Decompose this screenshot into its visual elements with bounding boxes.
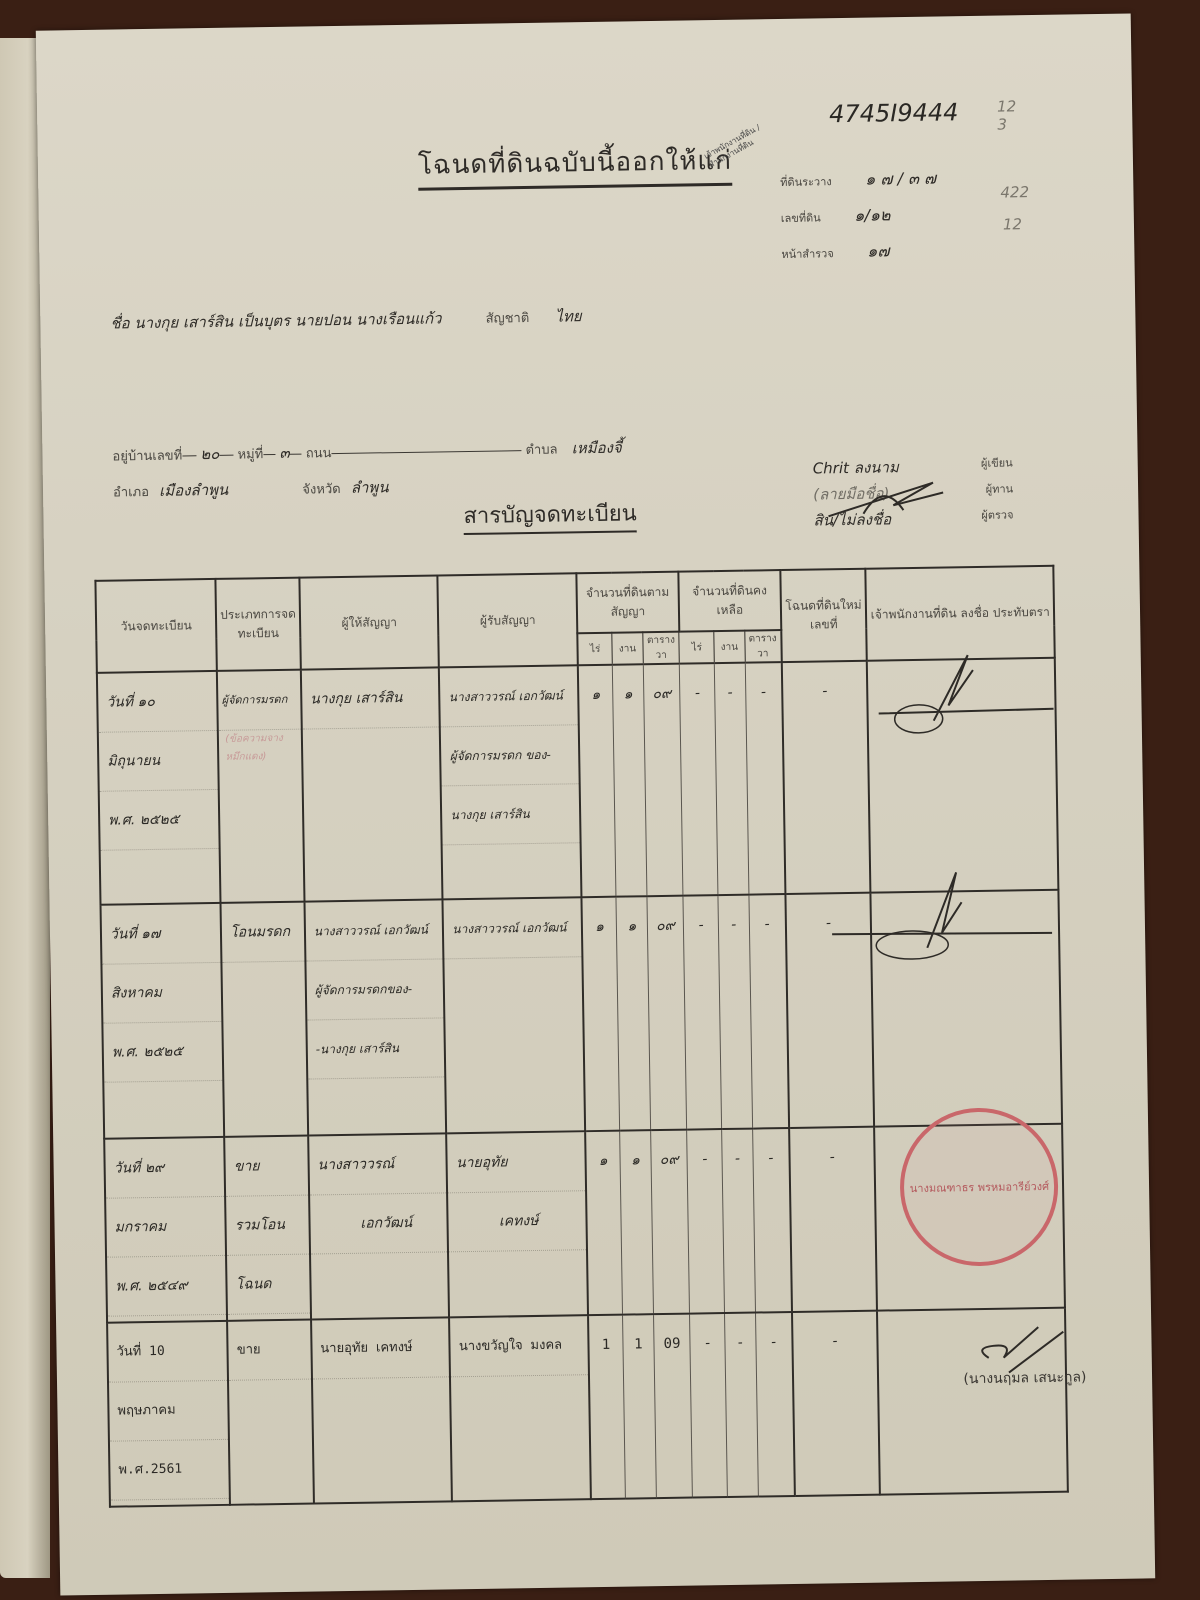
header-rai: ไร่ (577, 633, 612, 666)
header-wa: ตารางวา (744, 630, 781, 663)
row-type: ขาย รวมโอน โฉนด (225, 1137, 309, 1315)
field-survey-page: หน้าสำรวจ ๑๗ (781, 239, 889, 266)
header-date: วันจดทะเบียน (95, 579, 217, 673)
margin-note: 12 (1003, 215, 1022, 233)
contract-rai: ๑ (582, 898, 616, 957)
remaining-wa: - (749, 895, 785, 954)
new-deed-number: - (793, 1312, 877, 1371)
house-number: ๒๐ (200, 445, 219, 463)
contract-ngan: 1 (623, 1315, 653, 1373)
header-ngan: งาน (714, 631, 745, 663)
row-date: วันที่ ๑๐ มิถุนายน พ.ศ. ๒๕๒๕ (98, 672, 219, 851)
remaining-rai: - (688, 1130, 723, 1189)
officer-name: (นางนฤมล เสนะกูล) (963, 1366, 1086, 1390)
contract-ngan: ๑ (617, 897, 647, 955)
remaining-rai: - (690, 1314, 725, 1373)
header-area-remaining: จำนวนที่ดินคงเหลือ (678, 570, 781, 632)
field-map-sheet: ที่ดินระวาง ๑ ๗ / ๓ ๗ (780, 167, 936, 194)
header-ngan: งาน (612, 632, 643, 664)
row-grantor: นางกุย เสาร์สิน (302, 668, 440, 729)
new-deed-number: - (790, 1128, 874, 1187)
page-title: โฉนดที่ดินฉบับนี้ออกให้แก่ (418, 140, 733, 191)
table-row: วันที่ 10 พฤษภาคม พ.ศ.2561 ขาย นายอุทัย … (107, 1308, 1068, 1507)
contract-rai: 1 (589, 1316, 623, 1375)
header-grantee: ผู้รับสัญญา (438, 573, 578, 667)
remaining-wa: - (745, 663, 781, 722)
row-grantee: นางขวัญใจ มงคล (450, 1316, 588, 1377)
nationality: ไทย (555, 307, 582, 325)
faded-red-note: (ข้อความจางหมึกแดง) (219, 730, 301, 767)
contract-rai: ๑ (579, 666, 613, 725)
address-line-2: อำเภอ เมืองลำพูน จังหวัด ลำพูน (113, 475, 389, 503)
header-grantor: ผู้ให้สัญญา (299, 575, 439, 669)
signature-scribble-icon (823, 474, 954, 526)
contract-ngan: ๑ (620, 1131, 650, 1189)
signature-icon (831, 861, 1063, 975)
remaining-ngan: - (719, 896, 749, 954)
margin-note: 422 (1000, 183, 1029, 201)
row-type: ผู้จัดการมรดก (218, 671, 300, 731)
row-type: ขาย (228, 1321, 310, 1381)
contract-wa: 09 (654, 1315, 691, 1374)
remaining-ngan: - (715, 664, 745, 722)
remaining-wa: - (753, 1129, 789, 1188)
officer-signature (872, 891, 1058, 894)
tambon: เหมืองจี้ (571, 439, 621, 458)
registration-table: วันจดทะเบียน ประเภทการจดทะเบียน ผู้ให้สั… (94, 565, 1068, 1508)
contract-wa: ๐๙ (651, 1131, 688, 1190)
owner-name: ชื่อ นางกุย เสาร์สิน เป็นบุตร นายปอน นาง… (110, 309, 441, 332)
contract-wa: ๐๙ (644, 665, 681, 724)
row-grantee: นางสาววรณ์ เอกวัฒน์ (444, 898, 582, 959)
new-deed-number: - (783, 662, 867, 721)
header-wa: ตารางวา (643, 632, 680, 665)
address-line-1: อยู่บ้านเลขที่ ๒๐ หมู่ที่ ๓ ถนน ตำบล เหม… (112, 436, 622, 468)
row-grantee: นางสาววรณ์ เอกวัฒน์ ผู้จัดการมรดก ของ- น… (440, 666, 579, 845)
remaining-rai: - (684, 896, 719, 955)
moo-number: ๓ (279, 444, 290, 462)
row-grantee: นายอุทัย เคทงษ์ (448, 1132, 586, 1252)
margin-note: 3 (997, 115, 1007, 133)
remaining-wa: - (756, 1313, 792, 1372)
row-date: วันที่ ๒๙ มกราคม พ.ศ. ๒๕๔๙ (105, 1138, 226, 1317)
land-deed-page: โฉนดที่ดินฉบับนี้ออกให้แก่ เจ้าพนักงานที… (36, 13, 1155, 1595)
owner-line: ชื่อ นางกุย เสาร์สิน เป็นบุตร นายปอน นาง… (110, 304, 582, 335)
header-type: ประเภทการจดทะเบียน (216, 578, 301, 671)
remaining-rai: - (680, 664, 715, 723)
register-subtitle: สารบัญจดทะเบียน (463, 495, 637, 535)
row-grantor: นางสาววรณ์ เอกวัฒน์ ผู้จัดการมรดกของ- -น… (305, 900, 444, 1079)
row-grantor: นายอุทัย เคทงษ์ (312, 1318, 450, 1379)
row-date: วันที่ ๑๗ สิงหาคม พ.ศ. ๒๕๒๕ (102, 904, 223, 1083)
header-area-contract: จำนวนที่ดินตามสัญญา (576, 572, 679, 634)
row-date: วันที่ 10 พฤษภาคม พ.ศ.2561 (108, 1322, 229, 1501)
remaining-ngan: - (725, 1314, 755, 1372)
officer-signature (868, 659, 1054, 662)
field-parcel-number: เลขที่ดิน ๑/๑๒ (781, 203, 891, 230)
contract-ngan: ๑ (613, 665, 643, 723)
table-row: วันที่ ๒๙ มกราคม พ.ศ. ๒๕๔๙ ขาย รวมโอน โฉ… (104, 1124, 1065, 1323)
signature-icon (878, 649, 1059, 742)
header-rai: ไร่ (679, 631, 714, 664)
margin-note: 12 (997, 97, 1016, 115)
contract-rai: ๑ (586, 1132, 620, 1191)
row-grantor: นางสาววรณ์ เอกวัฒน์ (309, 1134, 447, 1254)
row-type: โอนมรดก (222, 903, 304, 963)
officials-block: Chrit ลงนาม ผู้เขียน (ลายมือชื่อ) ผู้ทาน… (813, 453, 1014, 534)
header-new-deed: โฉนดที่ดินใหม่ เลขที่ (780, 569, 867, 662)
reference-code: 4745I9444 (829, 98, 959, 128)
contract-wa: ๐๙ (647, 897, 684, 956)
table-row: วันที่ ๑๗ สิงหาคม พ.ศ. ๒๕๒๕ โอนมรดก นางส… (101, 890, 1063, 1139)
red-official-seal-icon: นางมณฑาธร พรหมอารีย์วงศ์ (899, 1107, 1059, 1267)
header-officer: เจ้าพนักงานที่ดิน ลงชื่อ ประทับตรา (866, 566, 1055, 661)
province: ลำพูน (351, 478, 389, 497)
amphoe: เมืองลำพูน (159, 481, 228, 500)
remaining-ngan: - (722, 1130, 752, 1188)
